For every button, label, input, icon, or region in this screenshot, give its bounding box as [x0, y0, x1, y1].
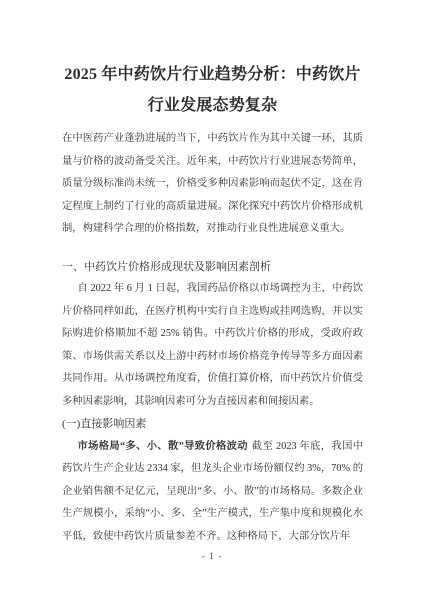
factor-body-text: 截至 2023 年底，我国中药饮片生产企业达 2334 家，但龙头企业市场份额仅…	[62, 441, 363, 542]
factor-lead-text: 市场格局“多、小、散”导致价格波动	[77, 441, 247, 452]
page-number: - 1 -	[0, 552, 424, 562]
document-content: 2025 年中药饮片行业趋势分析：中药饮片行业发展态势复杂 在中医药产业蓬勃进展…	[62, 0, 363, 548]
intro-paragraph: 在中医药产业蓬勃进展的当下，中药饮片作为其中关键一环，其质量与价格的波动备受关注…	[62, 128, 363, 241]
section-1-heading: 一、中药饮片价格形成现状及影响因素剖析	[62, 256, 363, 279]
document-page: 2025 年中药饮片行业趋势分析：中药饮片行业发展态势复杂 在中医药产业蓬勃进展…	[0, 0, 424, 600]
section-1-paragraph: 自 2022 年 6 月 1 日起，我国药品价格以市场调控为主，中药饮片价格同样…	[62, 278, 363, 413]
subsection-1-heading: (一)直接影响因素	[62, 413, 363, 436]
document-title: 2025 年中药饮片行业趋势分析：中药饮片行业发展态势复杂	[62, 59, 363, 121]
direct-factors-paragraph: 市场格局“多、小、散”导致价格波动截至 2023 年底，我国中药饮片生产企业达 …	[62, 436, 363, 549]
